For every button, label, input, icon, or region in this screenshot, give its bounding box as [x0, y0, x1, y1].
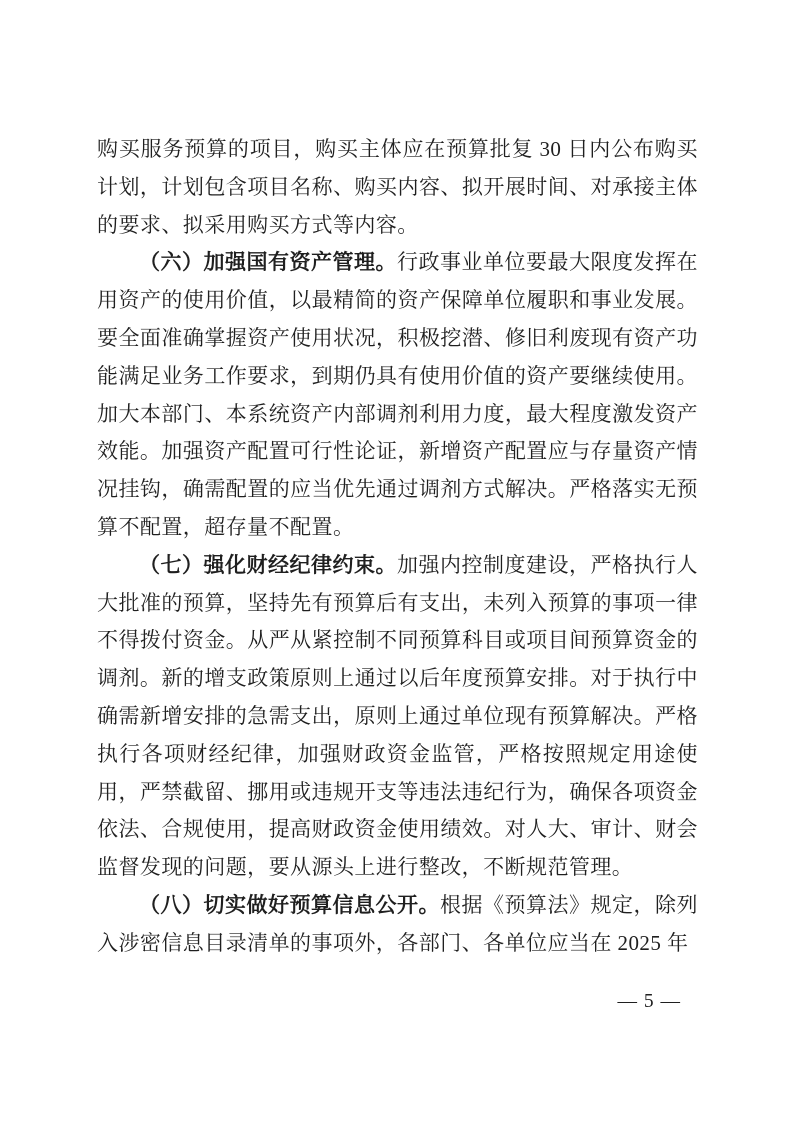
paragraph-continuation: 购买服务预算的项目，购买主体应在预算批复 30 日内公布购买计划，计划包含项目名… [97, 131, 698, 244]
paragraph-lead-8: （八）切实做好预算信息公开。 [139, 893, 440, 917]
page-number: — 5 — [618, 991, 682, 1013]
paragraph-text-7: 加强内控制度建设，严格执行人大批准的预算，坚持先有预算后有支出，未列入预算的事项… [97, 553, 698, 879]
paragraph-item-6: （六）加强国有资产管理。行政事业单位要最大限度发挥在用资产的使用价值，以最精简的… [97, 244, 698, 546]
paragraph-lead-6: （六）加强国有资产管理。 [139, 250, 397, 274]
paragraph-text: 购买服务预算的项目，购买主体应在预算批复 30 日内公布购买计划，计划包含项目名… [97, 137, 698, 237]
document-body: 购买服务预算的项目，购买主体应在预算批复 30 日内公布购买计划，计划包含项目名… [97, 131, 698, 963]
paragraph-item-7: （七）强化财经纪律约束。加强内控制度建设，严格执行人大批准的预算，坚持先有预算后… [97, 547, 698, 887]
paragraph-item-8: （八）切实做好预算信息公开。根据《预算法》规定，除列入涉密信息目录清单的事项外，… [97, 887, 698, 963]
paragraph-text-6: 行政事业单位要最大限度发挥在用资产的使用价值，以最精简的资产保障单位履职和事业发… [97, 250, 698, 539]
document-page: 购买服务预算的项目，购买主体应在预算批复 30 日内公布购买计划，计划包含项目名… [0, 0, 793, 1122]
paragraph-lead-7: （七）强化财经纪律约束。 [139, 553, 397, 577]
